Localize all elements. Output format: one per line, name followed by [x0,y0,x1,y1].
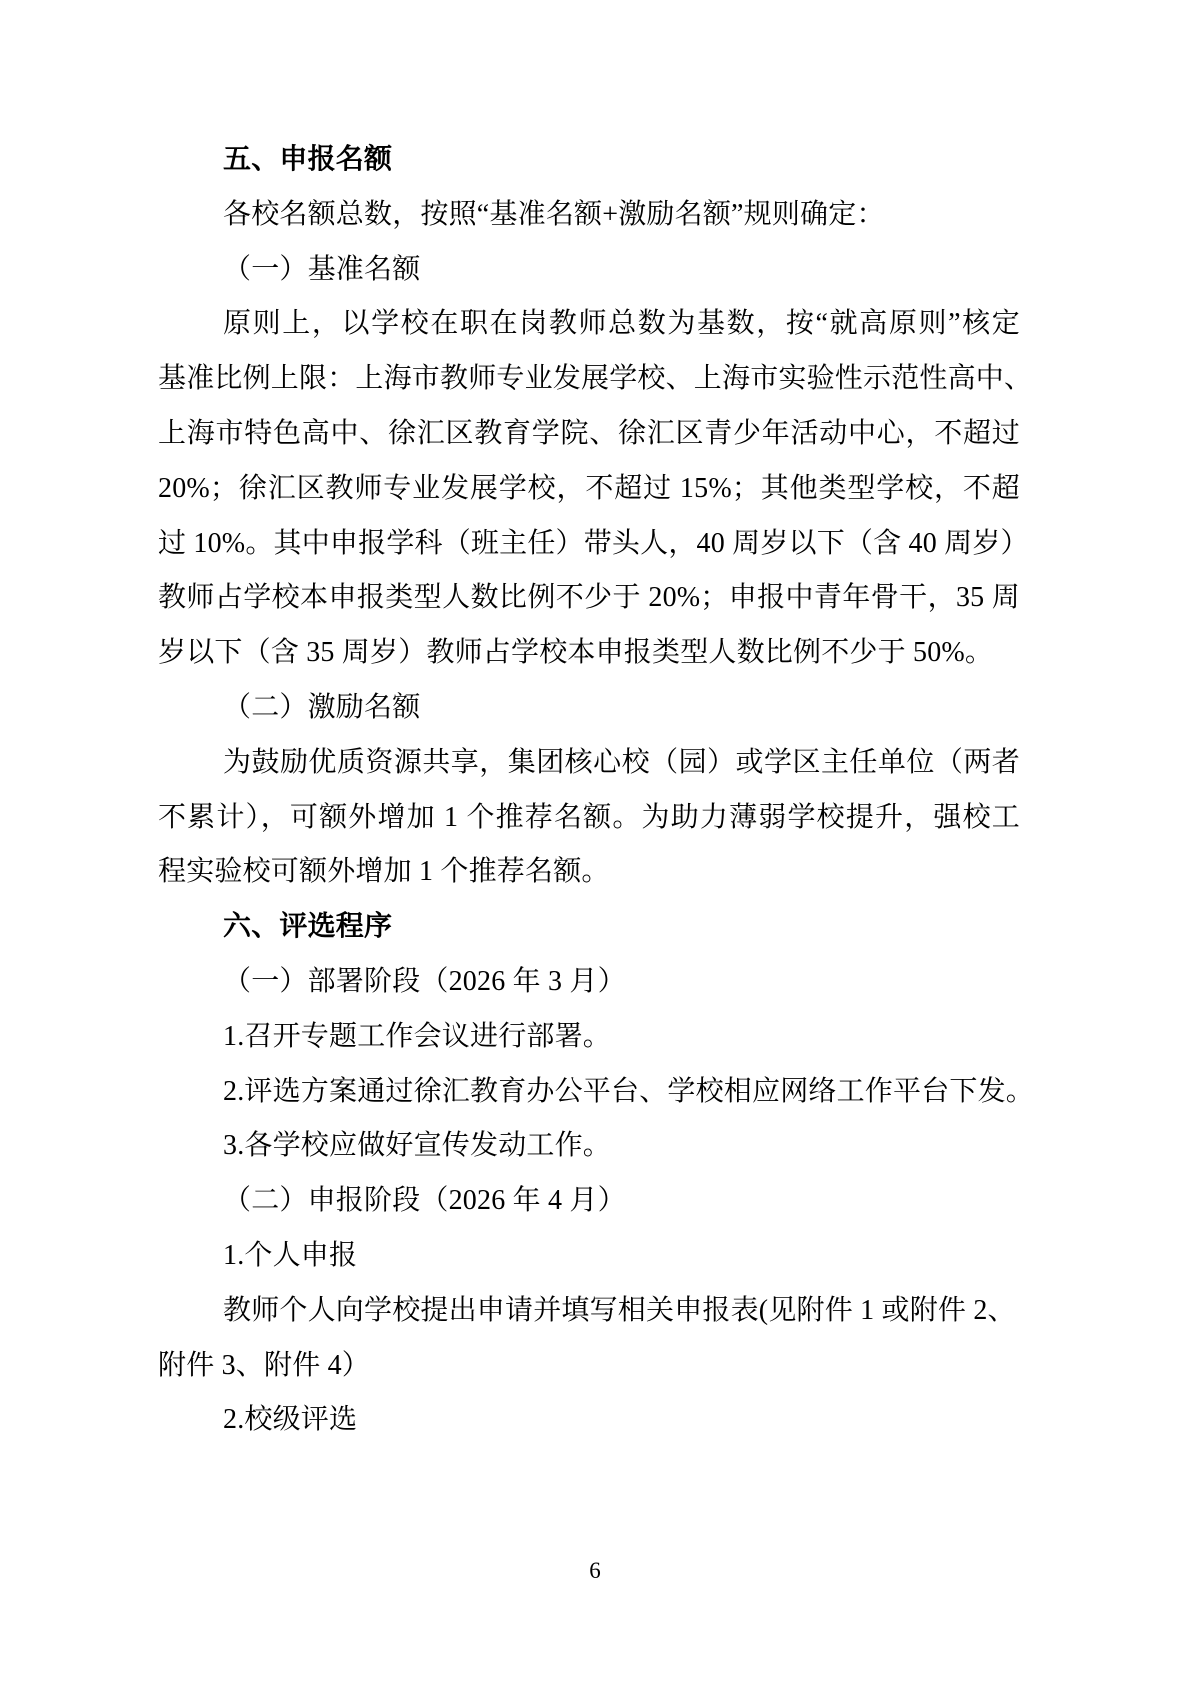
text-line: （二）申报阶段（2026 年 4 月） [158,1174,1020,1229]
text-line: 基准比例上限：上海市教师专业发展学校、上海市实验性示范性高中、 [158,352,1020,407]
text-line: 附件 3、附件 4） [158,1339,1020,1394]
text-line: 2.评选方案通过徐汇教育办公平台、学校相应网络工作平台下发。 [158,1065,1020,1120]
document-body: 五、申报名额 各校名额总数，按照“基准名额+激励名额”规则确定： （一）基准名额… [158,133,1020,1448]
text-line: 3.各学校应做好宣传发动工作。 [158,1119,1020,1174]
text-line: （二）激励名额 [158,681,1020,736]
text-line: （一）基准名额 [158,243,1020,298]
text-line: 上海市特色高中、徐汇区教育学院、徐汇区青少年活动中心，不超过 [158,407,1020,462]
text-line: 1.召开专题工作会议进行部署。 [158,1010,1020,1065]
text-line: 教师个人向学校提出申请并填写相关申报表(见附件 1 或附件 2、 [158,1284,1020,1339]
text-line: 为鼓励优质资源共享，集团核心校（园）或学区主任单位（两者 [158,736,1020,791]
text-line: 各校名额总数，按照“基准名额+激励名额”规则确定： [158,188,1020,243]
heading-line: 六、评选程序 [158,900,1020,955]
page-number: 6 [0,1556,1190,1586]
text-line: 程实验校可额外增加 1 个推荐名额。 [158,845,1020,900]
text-line: 不累计），可额外增加 1 个推荐名额。为助力薄弱学校提升，强校工 [158,791,1020,846]
text-line: 20%；徐汇区教师专业发展学校，不超过 15%；其他类型学校，不超 [158,462,1020,517]
text-line: 原则上，以学校在职在岗教师总数为基数，按“就高原则”核定 [158,297,1020,352]
text-line: 过 10%。其中申报学科（班主任）带头人，40 周岁以下（含 40 周岁） [158,517,1020,572]
text-line: 2.校级评选 [158,1393,1020,1448]
text-line: 岁以下（含 35 周岁）教师占学校本申报类型人数比例不少于 50%。 [158,626,1020,681]
text-line: 教师占学校本申报类型人数比例不少于 20%；申报中青年骨干，35 周 [158,571,1020,626]
text-line: （一）部署阶段（2026 年 3 月） [158,955,1020,1010]
document-page: 五、申报名额 各校名额总数，按照“基准名额+激励名额”规则确定： （一）基准名额… [0,0,1190,1683]
text-line: 1.个人申报 [158,1229,1020,1284]
heading-line: 五、申报名额 [158,133,1020,188]
